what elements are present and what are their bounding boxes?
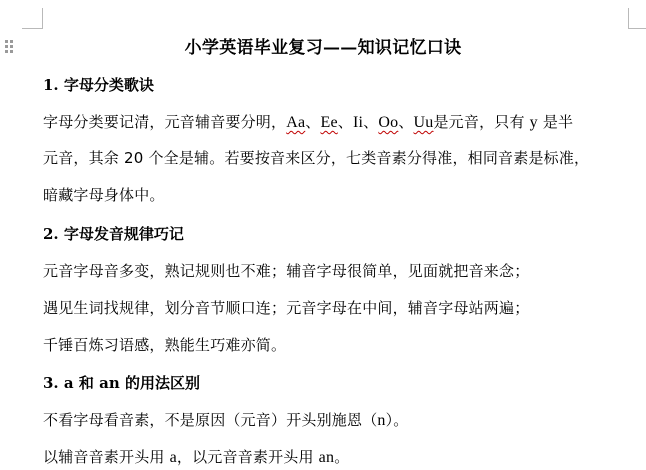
text: 是半 xyxy=(543,113,573,131)
vowel-ii: Ii xyxy=(353,114,363,131)
section-2-line-3: 千锤百炼习语感，熟能生巧难亦简。 xyxy=(43,334,286,356)
section-2-line-1: 元音字母音多变，熟记规则也不难；辅音字母很简单，见面就把音来念； xyxy=(43,260,529,282)
page-margin-corner-top-left xyxy=(22,8,43,29)
article-an: an xyxy=(319,449,335,466)
text: ，以元音音素开头用 xyxy=(177,448,314,466)
separator: 、 xyxy=(305,113,320,131)
article-a: a xyxy=(170,449,177,466)
page-margin-corner-top-right xyxy=(628,8,646,29)
number: 20 xyxy=(124,149,144,167)
separator: 、 xyxy=(398,113,413,131)
heading-rest: 的用法区别 xyxy=(125,374,200,392)
heading-an: an xyxy=(99,374,120,392)
separator: 、 xyxy=(338,113,353,131)
vowel-oo: Oo xyxy=(378,114,398,131)
section-1-line-1: 字母分类要记清，元音辅音要分明，Aa、Ee、Ii、Oo、Uu是元音，只有 y 是… xyxy=(43,111,573,134)
heading-and: 和 xyxy=(79,374,94,392)
section-3-heading: 3. a 和 an 的用法区别 xyxy=(43,372,200,394)
vowel-aa: Aa xyxy=(286,114,305,131)
text: 。 xyxy=(334,448,349,466)
vowel-ee: Ee xyxy=(320,114,337,131)
heading-number: 3. xyxy=(43,374,59,392)
letter-n: n xyxy=(377,412,385,429)
section-1-line-3: 暗藏字母身体中。 xyxy=(43,184,165,206)
section-2-heading: 2. 字母发音规律巧记 xyxy=(43,223,184,245)
letter-y: y xyxy=(530,114,538,131)
text: 字母分类要记清，元音辅音要分明， xyxy=(43,113,286,131)
section-1-line-2: 元音，其余 20 个全是辅。若要按音来区分，七类音素分得准，相同音素是标准， xyxy=(43,147,589,169)
text: 不看字母看音素，不是原因（元音）开头别施恩（ xyxy=(43,411,377,429)
text: 元音，其余 xyxy=(43,149,119,167)
vowel-uu: Uu xyxy=(414,114,434,131)
section-3-line-2: 以辅音音素开头用 a，以元音音素开头用 an。 xyxy=(43,446,349,469)
document-title: 小学英语毕业复习——知识记忆口诀 xyxy=(0,36,646,60)
section-2-line-2: 遇见生词找规律，划分音节顺口连；元音字母在中间，辅音字母站两遍； xyxy=(43,297,529,319)
heading-a: a xyxy=(64,374,74,392)
separator: 、 xyxy=(363,113,378,131)
section-1-heading: 1. 字母分类歌诀 xyxy=(43,74,154,96)
text: 是元音，只有 xyxy=(433,113,524,131)
text: 以辅音音素开头用 xyxy=(43,448,165,466)
text: 个全是辅。若要按音来区分，七类音素分得准，相同音素是标准， xyxy=(148,149,589,167)
section-3-line-1: 不看字母看音素，不是原因（元音）开头别施恩（n）。 xyxy=(43,409,409,432)
text: ）。 xyxy=(386,411,409,429)
